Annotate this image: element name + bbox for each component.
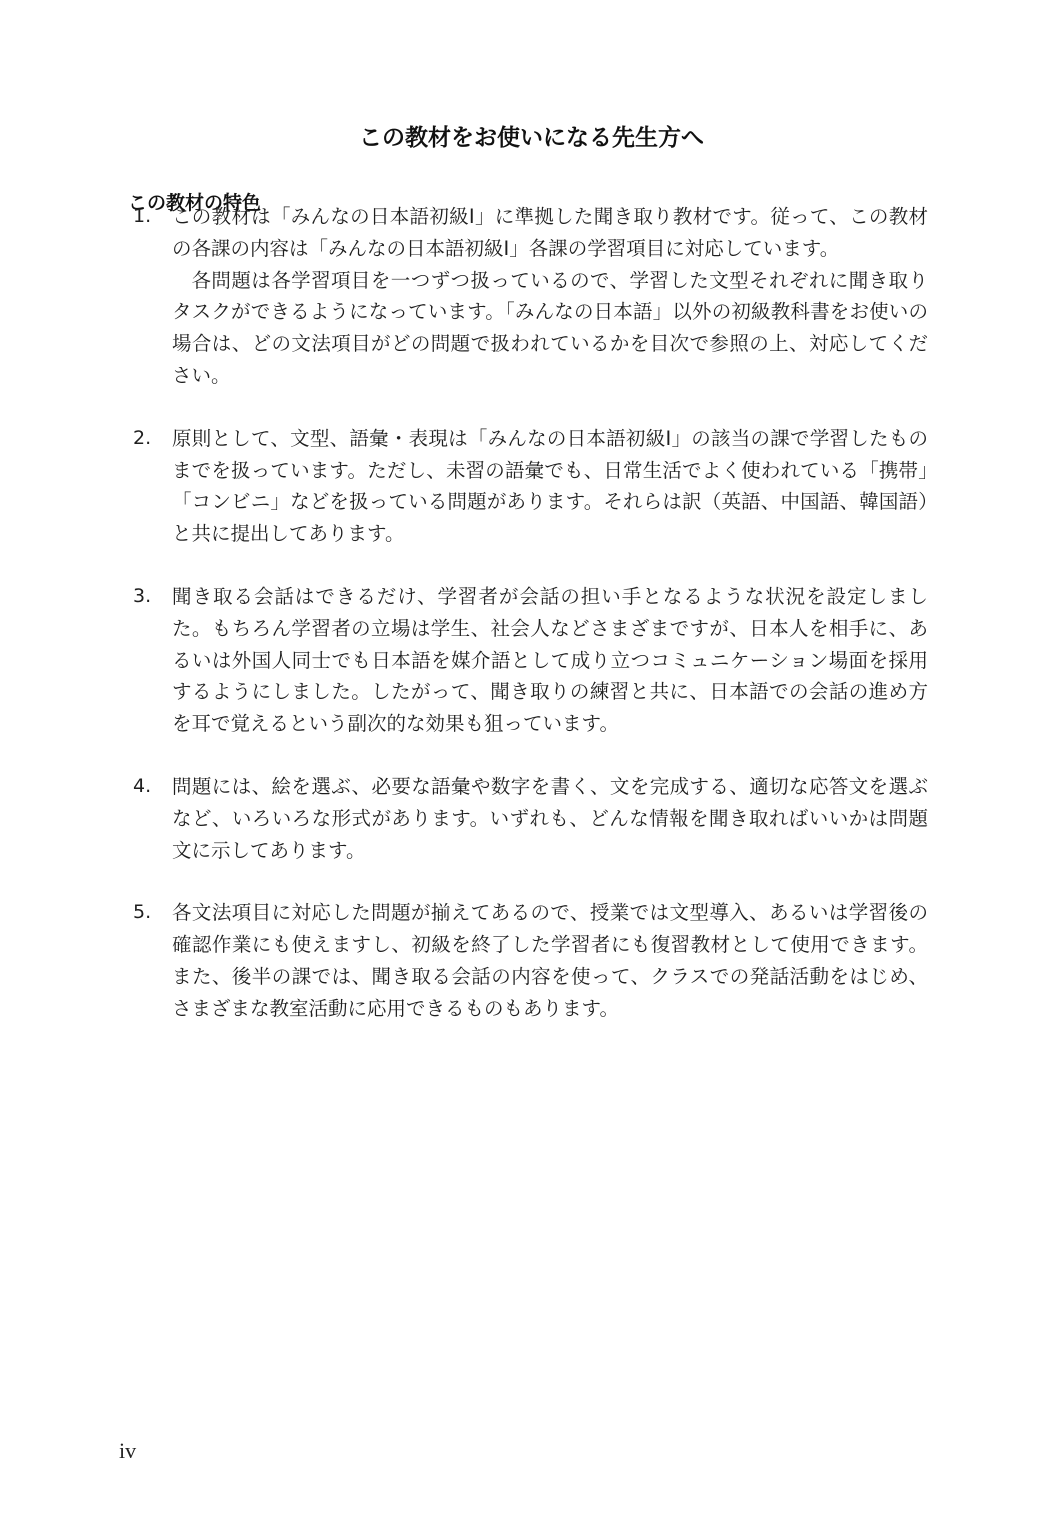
list-item-4: 4. 問題には、絵を選ぶ、必要な語彙や数字を書く、文を完成する、適切な応答文を選… [128,771,928,866]
list-item-3: 3. 聞き取る会話はできるだけ、学習者が会話の担い手となるような状況を設定しまし… [128,581,928,740]
feature-list: 1. この教材は「みんなの日本語初級Ⅰ」に準拠した聞き取り教材です。従って、この… [128,201,928,1025]
page-title: この教材をお使いになる先生方へ [0,119,1063,152]
item-paragraph: 問題には、絵を選ぶ、必要な語彙や数字を書く、文を完成する、適切な応答文を選ぶなど… [172,771,928,866]
item-paragraph: 聞き取る会話はできるだけ、学習者が会話の担い手となるような状況を設定しました。も… [172,581,928,740]
item-number: 4. [133,771,171,803]
item-number: 1. [133,201,171,233]
item-number: 3. [133,581,171,613]
item-number: 2. [133,423,171,455]
item-paragraph: 各文法項目に対応した問題が揃えてあるので、授業では文型導入、あるいは学習後の確認… [172,897,928,1024]
item-paragraph: この教材は「みんなの日本語初級Ⅰ」に準拠した聞き取り教材です。従って、この教材の… [172,201,928,265]
list-item-2: 2. 原則として、文型、語彙・表現は「みんなの日本語初級Ⅰ」の該当の課で学習した… [128,423,928,550]
list-item-5: 5. 各文法項目に対応した問題が揃えてあるので、授業では文型導入、あるいは学習後… [128,897,928,1024]
item-paragraph: 各問題は各学習項目を一つずつ扱っているので、学習した文型それぞれに聞き取りタスク… [172,265,928,392]
item-paragraph: 原則として、文型、語彙・表現は「みんなの日本語初級Ⅰ」の該当の課で学習したものま… [172,423,928,550]
list-item-1: 1. この教材は「みんなの日本語初級Ⅰ」に準拠した聞き取り教材です。従って、この… [128,201,928,392]
item-number: 5. [133,897,171,929]
page-number: iv [119,1438,136,1464]
